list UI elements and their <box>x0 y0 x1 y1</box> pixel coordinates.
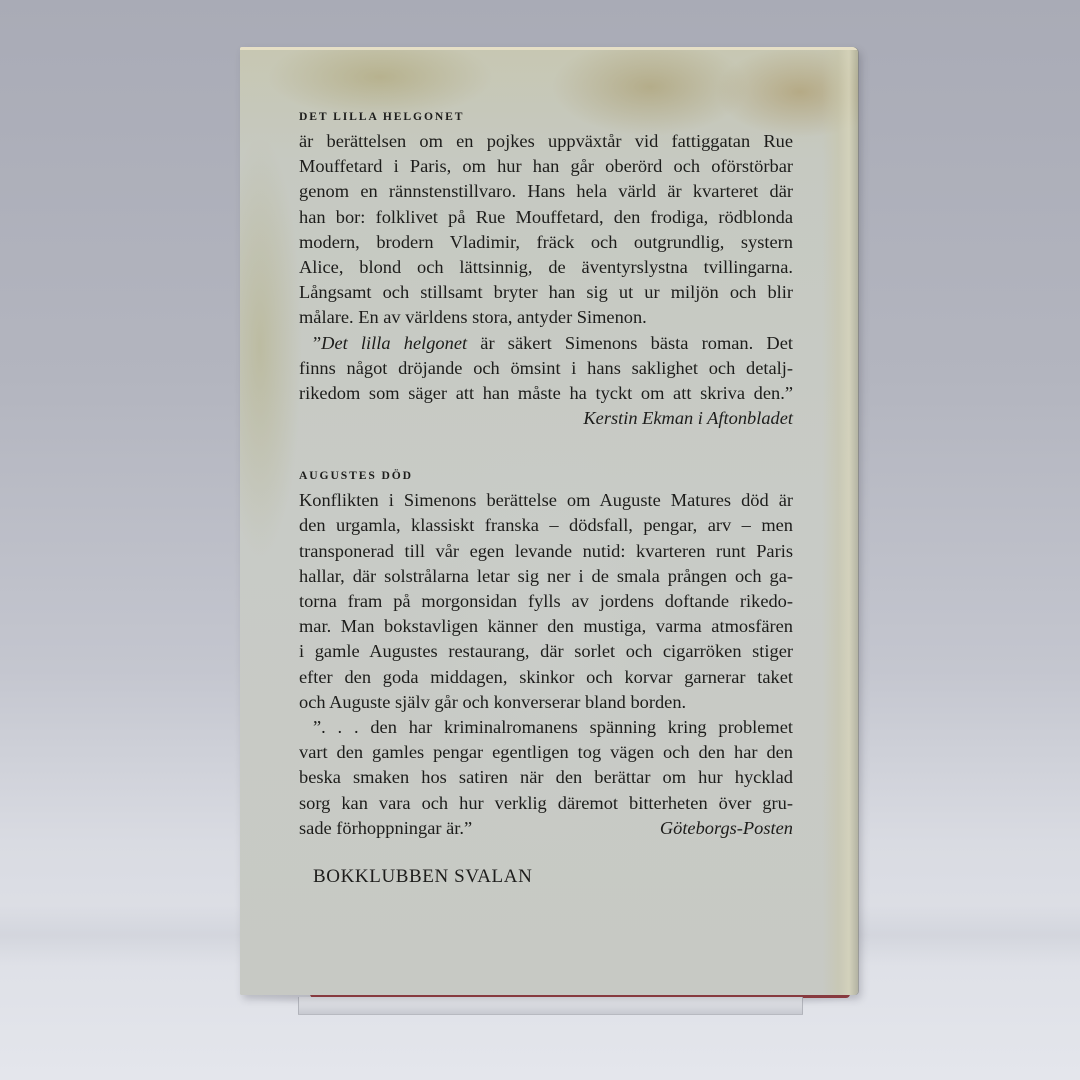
quote-line: sorg kan vara och hur verklig däremot bi… <box>299 791 793 816</box>
quote-line: ”. . . den har kriminalromanens spänning… <box>299 715 793 740</box>
text-line: efter den goda middagen, skinkor och kor… <box>299 665 793 690</box>
quote-book-title: Det lilla helgonet <box>321 333 467 353</box>
review-quote: ”. . . den har kriminalromanens spänning… <box>299 715 793 841</box>
text-line: transponerad till vår egen levande nutid… <box>299 539 793 564</box>
section-heading: AUGUSTES DÖD <box>299 468 793 484</box>
quote-line: sade förhoppningar är.”Göteborgs-Posten <box>299 816 793 841</box>
text-line: Konflikten i Simenons berättelse om Augu… <box>299 488 793 513</box>
quote-line: vart den gamles pengar egentligen tog vä… <box>299 740 793 765</box>
quote-line: ”Det lilla helgonet är säkert Simenons b… <box>299 331 793 356</box>
text-line: målare. En av världens stora, antyder Si… <box>299 305 793 330</box>
text-line: är berättelsen om en pojkes uppväxtår vi… <box>299 129 793 154</box>
text-line: i gamle Augustes restaurang, där sorlet … <box>299 639 793 664</box>
quote-line: beska smaken hos satiren när den berätta… <box>299 765 793 790</box>
section-augustes-dod: AUGUSTES DÖD Konflikten i Simenons berät… <box>299 468 793 841</box>
text-line: hallar, där solstrålarna letar sig ner i… <box>299 564 793 589</box>
quote-last-line: sade förhoppningar är.” <box>299 818 472 838</box>
quote-source: Göteborgs-Posten <box>660 816 793 841</box>
text-line: modern, brodern Vladimir, fräck och outg… <box>299 230 793 255</box>
text-line: genom en rännstenstillvaro. Hans hela vä… <box>299 179 793 204</box>
text-line: torna fram på morgonsidan fylls av jorde… <box>299 589 793 614</box>
text-line: mar. Man bokstavligen känner den mustiga… <box>299 614 793 639</box>
text-line: Långsamt och stillsamt bryter han sig ut… <box>299 280 793 305</box>
cover-top-edge <box>240 47 858 50</box>
section-det-lilla-helgonet: DET LILLA HELGONET är berättelsen om en … <box>299 109 793 431</box>
section-heading: DET LILLA HELGONET <box>299 109 793 125</box>
text-line: Alice, blond och lättsinnig, de äventyrs… <box>299 255 793 280</box>
quote-source: Kerstin Ekman i Aftonbladet <box>299 406 793 431</box>
text-line: och Auguste själv går och konverserar bl… <box>299 690 793 715</box>
text-line: han bor: folklivet på Rue Mouffetard, de… <box>299 205 793 230</box>
book-back-cover: DET LILLA HELGONET är berättelsen om en … <box>240 47 858 995</box>
quote-text: är säkert Simenons bästa roman. Det <box>467 333 793 353</box>
publisher-imprint: BOKKLUBBEN SVALAN <box>313 866 532 888</box>
text-line: Mouffetard i Paris, om hur han går oberö… <box>299 154 793 179</box>
review-quote: ”Det lilla helgonet är säkert Simenons b… <box>299 331 793 432</box>
display-stand <box>298 997 803 1015</box>
quote-line: rikedom som säger att han måste ha tyckt… <box>299 381 793 406</box>
quote-line: finns något dröjande och ömsint i hans s… <box>299 356 793 381</box>
quote-open-mark: ” <box>313 333 321 353</box>
blurb-text: DET LILLA HELGONET är berättelsen om en … <box>299 109 793 841</box>
text-line: den urgamla, klassiskt franska – dödsfal… <box>299 513 793 538</box>
